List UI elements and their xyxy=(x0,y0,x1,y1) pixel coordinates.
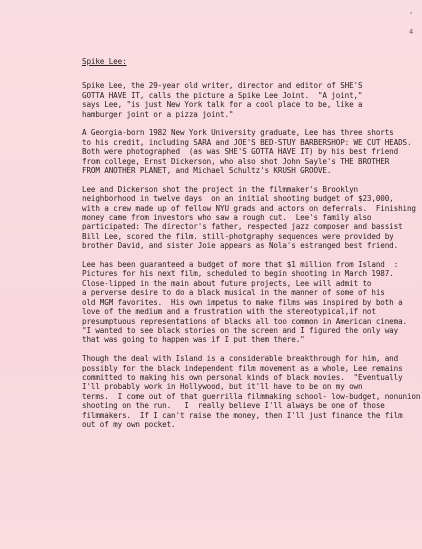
text-line: FROM ANOTHER PLANET, and Michael Schultz… xyxy=(82,166,412,175)
text-line: Bill Lee, scored the film. still-photgra… xyxy=(82,232,412,241)
text-line: "I wanted to see black stories on the sc… xyxy=(82,326,412,335)
text-line: love of the medium and a frustration wit… xyxy=(82,307,412,316)
text-line: Though the deal with Island is a conside… xyxy=(82,354,412,363)
text-line: participated: The director's father, res… xyxy=(82,222,412,231)
page-number: 4 xyxy=(409,28,413,36)
text-line: to his credit, including SARA and JOE'S … xyxy=(82,138,412,147)
section-heading: Spike Lee: xyxy=(82,57,412,66)
text-line: says Lee, "is just New York talk for a c… xyxy=(82,100,412,109)
text-line: Close-lipped in the main about future pr… xyxy=(82,279,412,288)
text-line: Both were photographed (as was SHE'S GOT… xyxy=(82,147,412,156)
text-line: presumptuous representations of blacks a… xyxy=(82,317,412,326)
text-line: terms. I come out of that guerrilla film… xyxy=(82,392,412,401)
text-line: Pictures for his next film, scheduled to… xyxy=(82,269,412,278)
text-line: old MGM favorites. His own impetus to ma… xyxy=(82,298,412,307)
text-line: I'll probably work in Hollywood, but it'… xyxy=(82,382,412,391)
text-line: neighborhood in twelve days on an initia… xyxy=(82,194,412,203)
paragraph-intro: Spike Lee, the 29-year old writer, direc… xyxy=(82,81,412,119)
text-line: that was going to happen was if I put th… xyxy=(82,335,412,344)
document-body: Spike Lee: Spike Lee, the 29-year old wr… xyxy=(82,57,412,439)
text-line: possibly for the black independent film … xyxy=(82,364,412,373)
text-line: shooting on the run. I really believe I'… xyxy=(82,401,412,410)
paragraph-island-deal: Though the deal with Island is a conside… xyxy=(82,354,412,429)
page-mark: , xyxy=(409,7,413,15)
text-line: filmmakers. If I can't raise the money, … xyxy=(82,411,412,420)
document-page: , 4 Spike Lee: Spike Lee, the 29-year ol… xyxy=(0,0,422,549)
text-line: Spike Lee, the 29-year old writer, direc… xyxy=(82,81,412,90)
text-line: money came from investors who saw a roug… xyxy=(82,213,412,222)
paragraph-production: Lee and Dickerson shot the project in th… xyxy=(82,185,412,251)
text-line: GOTTA HAVE IT, calls the picture a Spike… xyxy=(82,91,412,100)
text-line: A Georgia-born 1982 New York University … xyxy=(82,128,412,137)
paragraph-next-film: Lee has been guaranteed a budget of more… xyxy=(82,260,412,345)
text-line: from college, Ernst Dickerson, who also … xyxy=(82,157,412,166)
text-line: Lee and Dickerson shot the project in th… xyxy=(82,185,412,194)
text-line: hamburger joint or a pizza joint." xyxy=(82,110,412,119)
text-line: out of my own pocket. xyxy=(82,420,412,429)
text-line: committed to making his own personal kin… xyxy=(82,373,412,382)
paragraph-background: A Georgia-born 1982 New York University … xyxy=(82,128,412,175)
text-line: a perverse desire to do a black musical … xyxy=(82,288,412,297)
text-line: with a crew made up of fellow NYU grads … xyxy=(82,204,412,213)
text-line: brother David, and sister Joie appears a… xyxy=(82,241,412,250)
text-line: Lee has been guaranteed a budget of more… xyxy=(82,260,412,269)
